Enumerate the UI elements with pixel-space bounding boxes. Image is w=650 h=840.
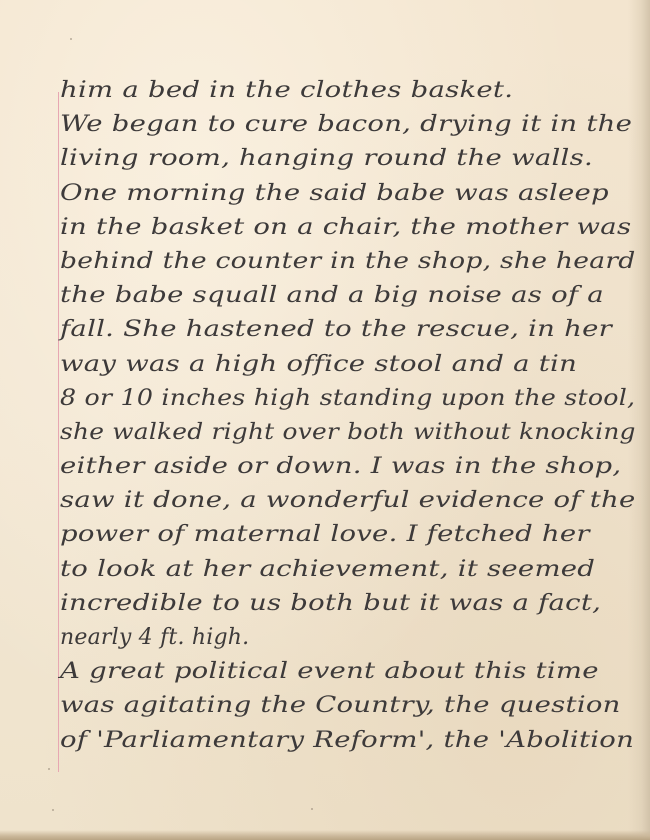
- manuscript-page: him a bed in the clothes basket. We bega…: [0, 0, 650, 840]
- text-line: she walked right over both without knock…: [60, 416, 650, 450]
- text-line: way was a high office stool and a tin: [60, 348, 650, 382]
- text-line: incredible to us both but it was a fact,: [60, 587, 650, 621]
- text-line: in the basket on a chair, the mother was: [60, 211, 650, 245]
- paper-speck: [311, 808, 313, 810]
- text-line: A great political event about this time: [60, 655, 650, 689]
- text-line: saw it done, a wonderful evidence of the: [60, 484, 650, 518]
- text-line: to look at her achievement, it seemed: [60, 553, 650, 587]
- paper-speck: [48, 768, 50, 770]
- text-line: him a bed in the clothes basket.: [60, 74, 650, 108]
- paper-speck: [52, 809, 54, 811]
- text-line: 8 or 10 inches high standing upon the st…: [60, 382, 650, 416]
- text-line: living room, hanging round the walls.: [60, 142, 650, 176]
- text-line: One morning the said babe was asleep: [60, 177, 650, 211]
- text-line: nearly 4 ft. high.: [60, 621, 640, 655]
- paper-speck: [70, 38, 72, 40]
- text-line: of 'Parliamentary Reform', the 'Abolitio…: [60, 724, 650, 758]
- text-line: power of maternal love. I fetched her: [60, 518, 650, 552]
- text-line: the babe squall and a big noise as of a: [60, 279, 650, 313]
- text-line: fall. She hastened to the rescue, in her: [60, 313, 650, 347]
- handwritten-text-block: him a bed in the clothes basket. We bega…: [60, 74, 640, 758]
- page-bottom-edge: [0, 830, 650, 840]
- text-line: was agitating the Country, the question: [60, 689, 650, 723]
- text-line: either aside or down. I was in the shop,: [60, 450, 650, 484]
- text-line: We began to cure bacon, drying it in the: [60, 108, 650, 142]
- text-line: behind the counter in the shop, she hear…: [60, 245, 650, 279]
- margin-rule: [58, 92, 59, 772]
